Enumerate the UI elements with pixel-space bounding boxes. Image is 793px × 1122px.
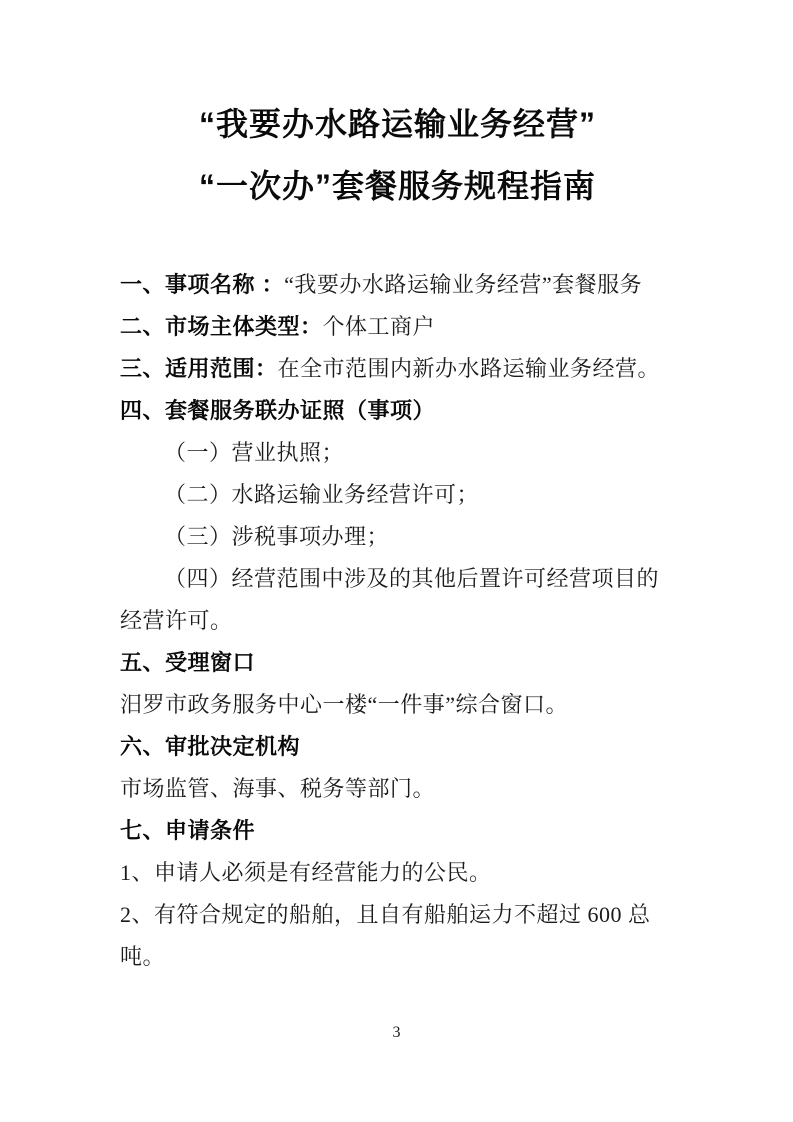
condition-item-2: 2、有符合规定的船舶，且自有船舶运力不超过 600 总吨。	[120, 894, 675, 978]
license-item-1: （一）营业执照；	[120, 432, 675, 474]
section-window-body: 汨罗市政务服务中心一楼“一件事”综合窗口。	[120, 684, 675, 726]
section-item-name-text: “我要办水路运输业务经营”套餐服务	[284, 272, 642, 297]
section-conditions-heading: 七、申请条件	[120, 810, 675, 852]
document-body: 一、事项名称 ：“我要办水路运输业务经营”套餐服务 二、市场主体类型：个体工商户…	[120, 264, 675, 978]
section-licenses-label: 四、套餐服务联办证照（事项）	[120, 398, 435, 423]
section-entity-type-label: 二、市场主体类型：	[120, 314, 323, 339]
section-licenses-heading: 四、套餐服务联办证照（事项）	[120, 390, 675, 432]
section-entity-type-text: 个体工商户	[323, 314, 436, 339]
section-scope-text: 在全市范围内新办水路运输业务经营。	[278, 356, 661, 381]
section-scope-label: 三、适用范围：	[120, 356, 278, 381]
page-number: 3	[0, 1024, 793, 1042]
section-item-name-label: 一、事项名称 ：	[120, 272, 284, 297]
section-entity-type: 二、市场主体类型：个体工商户	[120, 306, 675, 348]
section-authority-body: 市场监管、海事、税务等部门。	[120, 768, 675, 810]
license-item-2: （二）水路运输业务经营许可；	[120, 474, 675, 516]
section-authority-heading: 六、审批决定机构	[120, 726, 675, 768]
license-item-3: （三）涉税事项办理；	[120, 516, 675, 558]
section-item-name: 一、事项名称 ：“我要办水路运输业务经营”套餐服务	[120, 264, 675, 306]
page-content: “我要办水路运输业务经营” “一次办”套餐服务规程指南 一、事项名称 ：“我要办…	[120, 0, 675, 978]
document-page: “我要办水路运输业务经营” “一次办”套餐服务规程指南 一、事项名称 ：“我要办…	[0, 0, 793, 1122]
section-window-label: 五、受理窗口	[120, 650, 255, 675]
license-item-4: （四）经营范围中涉及的其他后置许可经营项目的经营许可。	[120, 558, 675, 642]
condition-item-1: 1、申请人必须是有经营能力的公民。	[120, 852, 675, 894]
document-title-line1: “我要办水路运输业务经营”	[120, 104, 675, 144]
section-window-heading: 五、受理窗口	[120, 642, 675, 684]
section-authority-label: 六、审批决定机构	[120, 734, 300, 759]
section-conditions-label: 七、申请条件	[120, 818, 255, 843]
document-title-line2: “一次办”套餐服务规程指南	[120, 166, 675, 206]
section-scope: 三、适用范围：在全市范围内新办水路运输业务经营。	[120, 348, 675, 390]
